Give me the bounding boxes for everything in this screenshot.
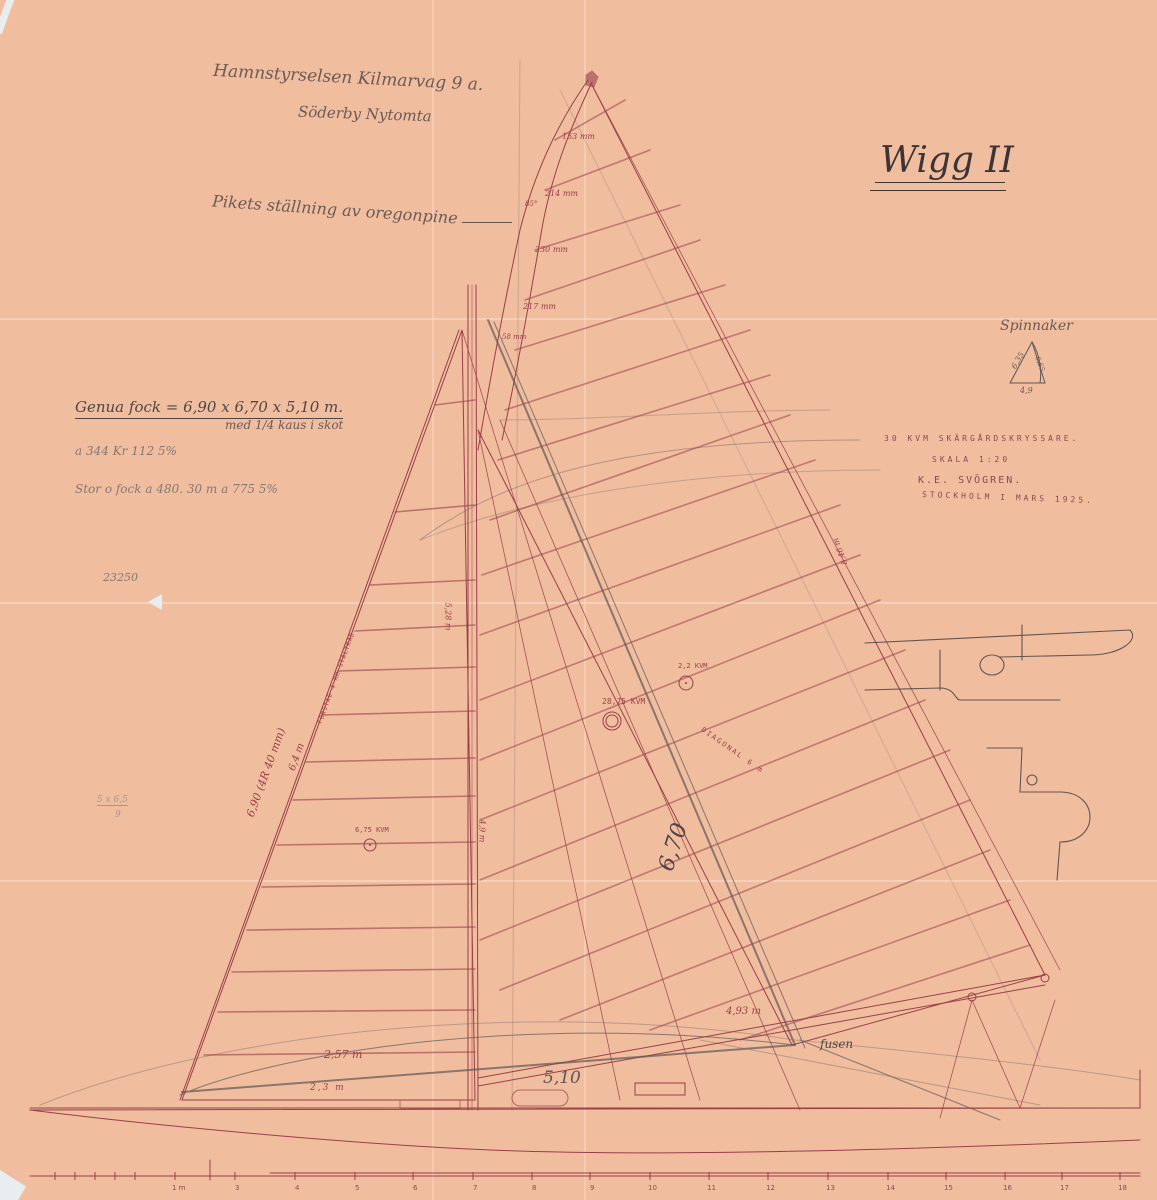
- mast-upper-label: 5,28 m: [444, 603, 453, 631]
- scale-label: 4: [295, 1184, 299, 1192]
- batten-width-5: 58 mm: [502, 333, 526, 341]
- spinnaker-foot: 4,9: [1020, 386, 1033, 395]
- batten-angle: 85°: [525, 200, 537, 208]
- genoa-note-sub: med 1/4 kaus i skot: [225, 418, 343, 432]
- jib-sail: [180, 330, 475, 1100]
- mast-note-arrow: [462, 222, 512, 223]
- sheet-note: fusen: [820, 1037, 853, 1051]
- mast-lower-label: 4,9 m: [478, 820, 487, 843]
- scale-label: 3: [235, 1184, 239, 1192]
- scale-label: 17: [1060, 1184, 1069, 1192]
- scale-labels: 1 m 3 4 5 6 7 8 9 10 11 12 13 14 15 16 1…: [0, 1184, 1157, 1198]
- scale-label: 6: [413, 1184, 417, 1192]
- price-note-1: a 344 Kr 112 5%: [75, 444, 177, 458]
- batten-width-2: 214 mm: [545, 189, 578, 198]
- scale-bar: [30, 1160, 1140, 1180]
- batten-width-4: 217 mm: [523, 302, 556, 311]
- scale-label: 5: [355, 1184, 359, 1192]
- scale-label: 13: [826, 1184, 835, 1192]
- jib-area-label: 6,75 KVM: [355, 826, 389, 834]
- scale-label: 14: [886, 1184, 895, 1192]
- topsail-area-label: 2,2 KVM: [678, 662, 708, 670]
- deck-sketch: [865, 625, 1133, 880]
- hull: [30, 1070, 1140, 1153]
- main-foot-label: 4,93 m: [726, 1006, 761, 1017]
- scale-label: 1 m: [172, 1184, 186, 1192]
- title-underline: [875, 182, 1005, 183]
- drawing-sheet: Hamnstyrselsen Kilmarvag 9 a. Söderby Ny…: [0, 0, 1157, 1200]
- scale-label: 10: [648, 1184, 657, 1192]
- scale-label: 8: [532, 1184, 536, 1192]
- scale-label: 12: [766, 1184, 775, 1192]
- spinnaker-label: Spinnaker: [1000, 318, 1073, 334]
- drawing-title: Wigg II: [880, 140, 1014, 181]
- pencil-sketch: [40, 60, 1140, 1120]
- scale-label: 9: [590, 1184, 594, 1192]
- jib-foot-label: 2,57 m: [324, 1048, 362, 1061]
- batten-width-3: 230 mm: [535, 245, 568, 254]
- genoa-note: Genua fock = 6,90 x 6,70 x 5,10 m.: [75, 398, 343, 419]
- scale-label: 18: [1118, 1184, 1127, 1192]
- margin-fraction-bottom: 9: [115, 810, 121, 820]
- margin-fraction-top: 5 x 6,5: [97, 795, 128, 806]
- scale-label: 16: [1003, 1184, 1012, 1192]
- title-underline: [870, 190, 1006, 191]
- title-block-line1: 30 KVM SKÄRGÅRDSKRYSSARE.: [884, 434, 1079, 443]
- title-block-designer: K.E. SVÖGREN.: [918, 475, 1022, 486]
- main-area-label: 28,75 KVM: [602, 697, 645, 706]
- gaff-spar: [478, 71, 598, 450]
- archive-number: 23250: [103, 571, 138, 584]
- price-note-2: Stor o fock a 480. 30 m a 775 5%: [75, 482, 278, 496]
- genoa-foot-label: 5,10: [543, 1068, 581, 1088]
- batten-width-1: 153 mm: [562, 132, 595, 141]
- scale-label: 15: [944, 1184, 953, 1192]
- boom-note-label: 2,3 m: [310, 1083, 346, 1093]
- scale-label: 7: [473, 1184, 477, 1192]
- title-block-line2: SKALA 1:20: [932, 455, 1010, 464]
- scale-label: 11: [707, 1184, 716, 1192]
